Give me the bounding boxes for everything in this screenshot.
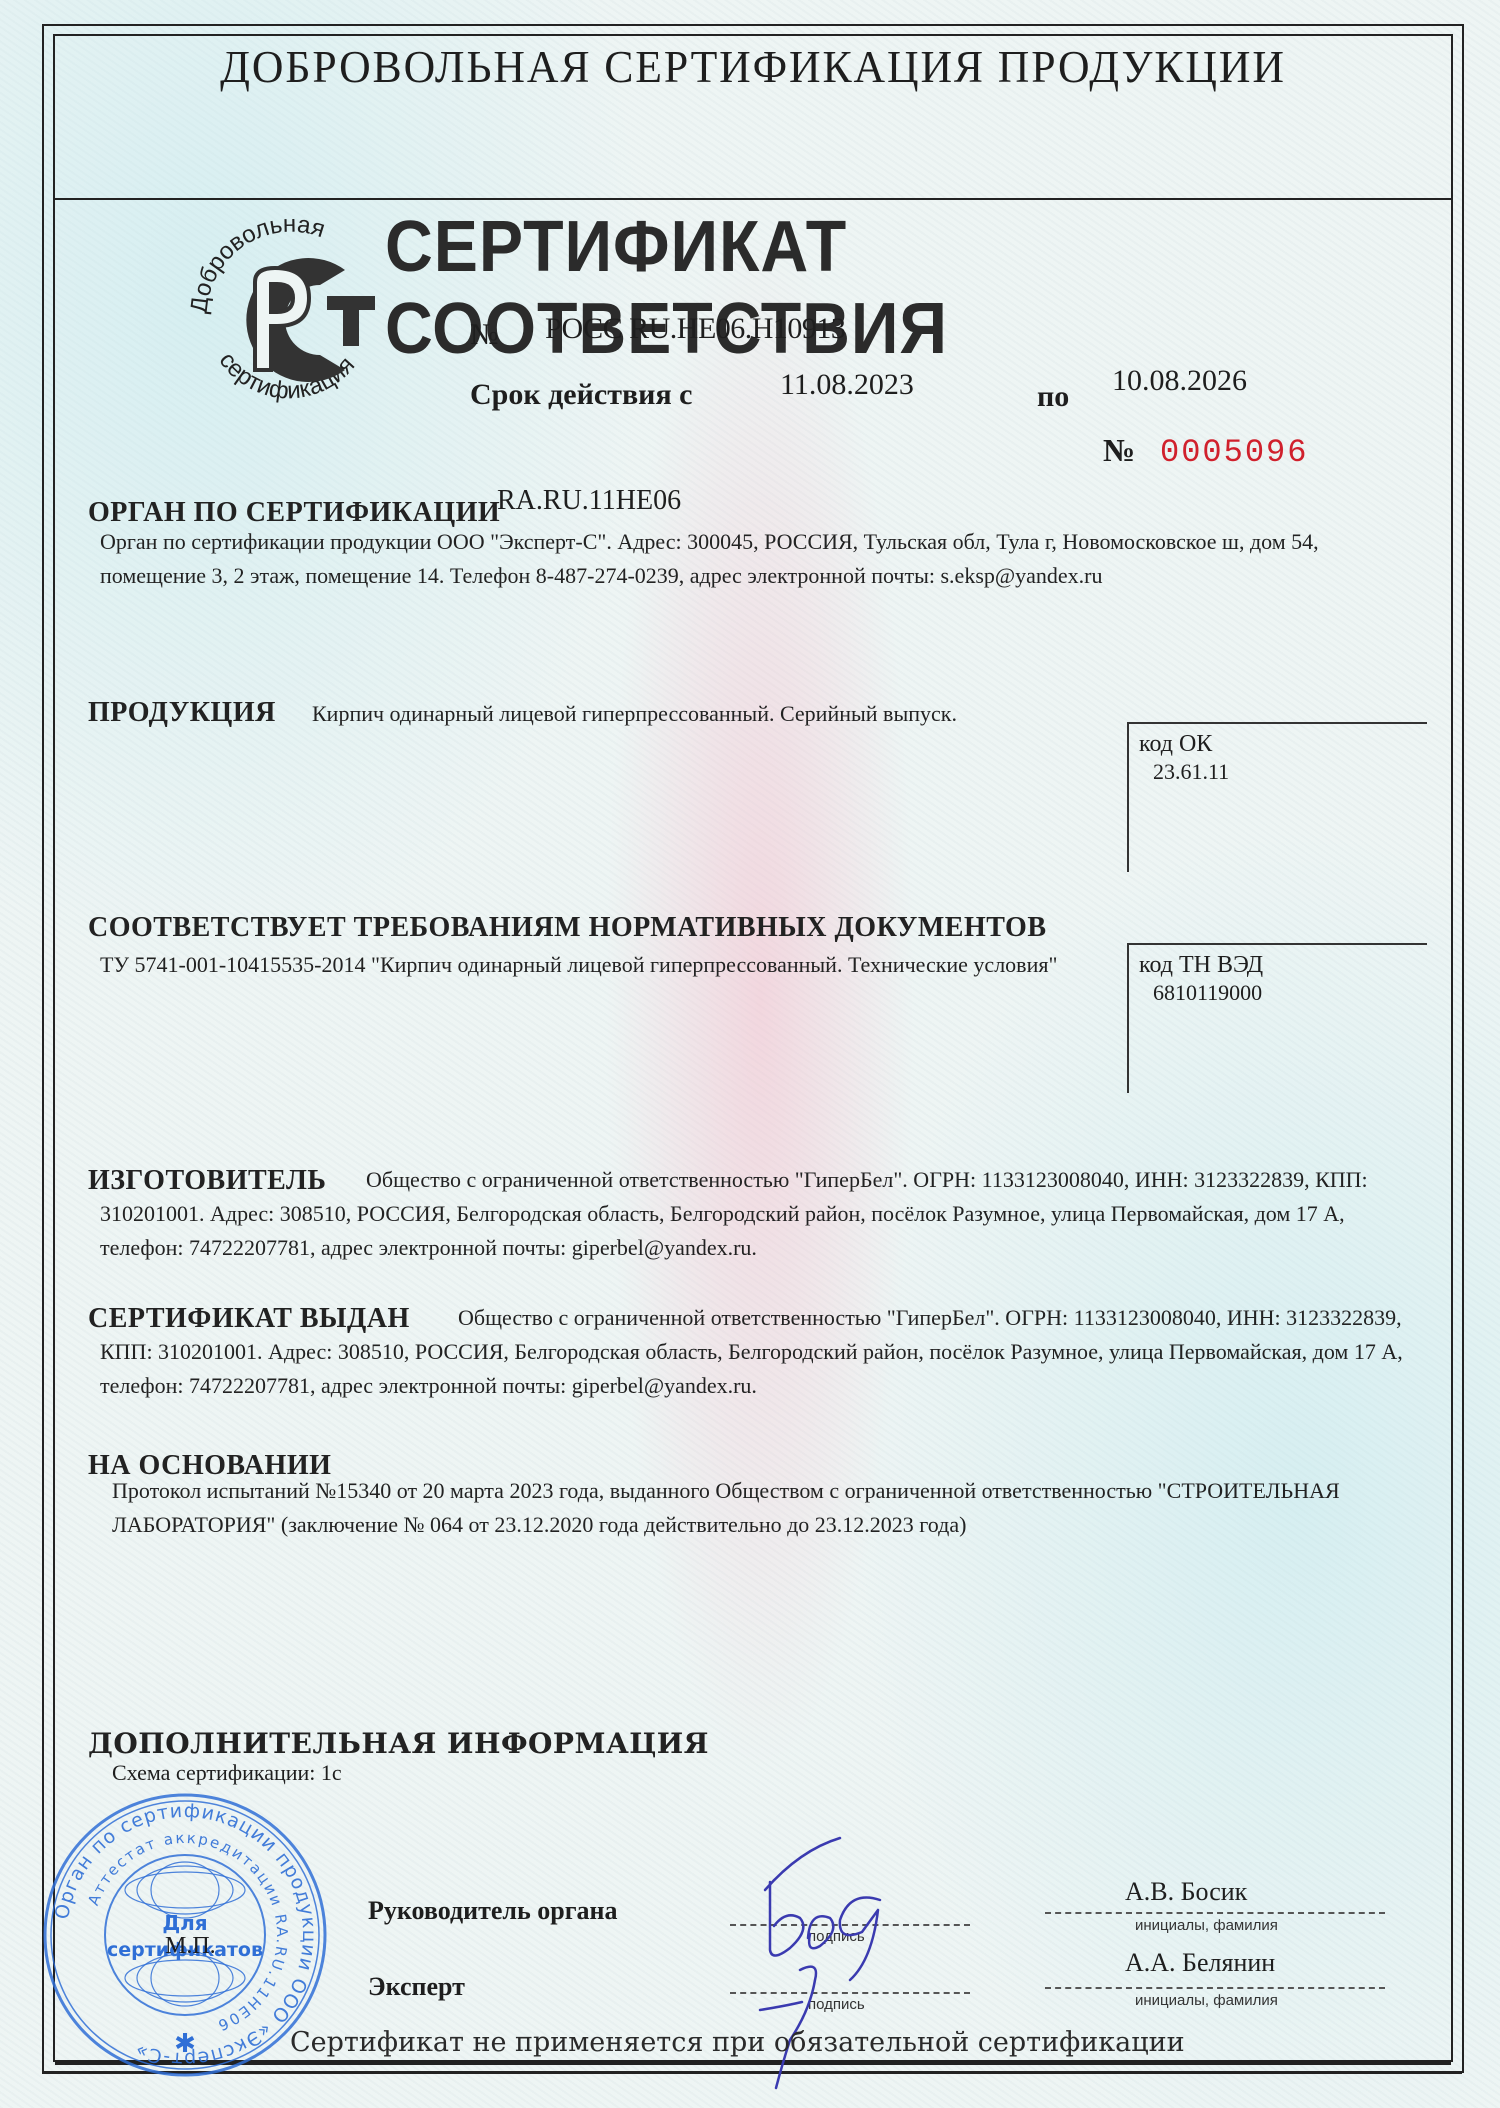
seal-place-mark: М.П. [165, 1933, 216, 1960]
basis-details: Протокол испытаний №15340 от 20 марта 20… [112, 1474, 1442, 1542]
expert-label: Эксперт [368, 1972, 465, 2002]
head-of-body-label: Руководитель органа [368, 1896, 618, 1926]
ok-code-value: 23.61.11 [1139, 758, 1417, 786]
expert-name: А.А. Белянин [1125, 1948, 1275, 1978]
footer-disclaimer: Сертификат не применяется при обязательн… [290, 2027, 1185, 2058]
normative-documents-heading: СООТВЕТСТВУЕТ ТРЕБОВАНИЯМ НОРМАТИВНЫХ ДО… [88, 912, 1047, 944]
valid-to-label: по [1037, 380, 1069, 414]
certificate-number-sign: № [470, 318, 499, 352]
certificate-title: СЕРТИФИКАТ СООТВЕТСТВИЯ [385, 206, 1411, 370]
ok-code-label: код ОК [1139, 730, 1417, 758]
tn-ved-code-box: код ТН ВЭД 6810119000 [1127, 943, 1427, 1093]
normative-documents-text: ТУ 5741-001-10415535-2014 "Кирпич одинар… [100, 948, 1100, 982]
certification-scheme: Схема сертификации: 1с [112, 1760, 342, 1786]
head-name-line [1045, 1912, 1385, 1914]
form-serial-sign: № [1103, 432, 1135, 469]
additional-info-heading: ДОПОЛНИТЕЛЬНАЯ ИНФОРМАЦИЯ [88, 1727, 709, 1760]
seal-center-line1: Для [162, 1911, 207, 1935]
voluntary-certification-title: ДОБРОВОЛЬНАЯ СЕРТИФИКАЦИЯ ПРОДУКЦИИ [90, 40, 1416, 93]
ok-code-box: код ОК 23.61.11 [1127, 722, 1427, 872]
valid-from-date: 11.08.2023 [780, 368, 914, 402]
valid-to-date: 10.08.2026 [1112, 364, 1247, 398]
tn-ved-code-value: 6810119000 [1139, 979, 1417, 1007]
certificate-number: РОСС RU.HE06.H10913 [545, 312, 845, 346]
certification-body-details: Орган по сертификации продукции ООО "Экс… [100, 525, 1430, 593]
certification-body-code: RA.RU.11HE06 [497, 485, 681, 517]
head-name: А.В. Босик [1125, 1877, 1247, 1907]
product-description: Кирпич одинарный лицевой гиперпрессованн… [312, 697, 957, 731]
tn-ved-code-label: код ТН ВЭД [1139, 951, 1417, 979]
expert-name-line [1045, 1987, 1385, 1989]
rst-voluntary-certification-logo-icon: Добровольная сертификация [185, 210, 395, 420]
form-serial-number: 0005096 [1160, 434, 1308, 471]
seal-star-icon: ✱ [174, 2029, 196, 2058]
manufacturer-heading: ИЗГОТОВИТЕЛЬ [88, 1165, 326, 1197]
head-name-caption: инициалы, фамилия [1135, 1917, 1278, 1934]
issued-to-heading: СЕРТИФИКАТ ВЫДАН [88, 1303, 410, 1335]
header-divider [55, 198, 1451, 200]
product-heading: ПРОДУКЦИЯ [88, 697, 276, 729]
validity-label: Срок действия с [470, 378, 693, 412]
expert-name-caption: инициалы, фамилия [1135, 1992, 1278, 2009]
